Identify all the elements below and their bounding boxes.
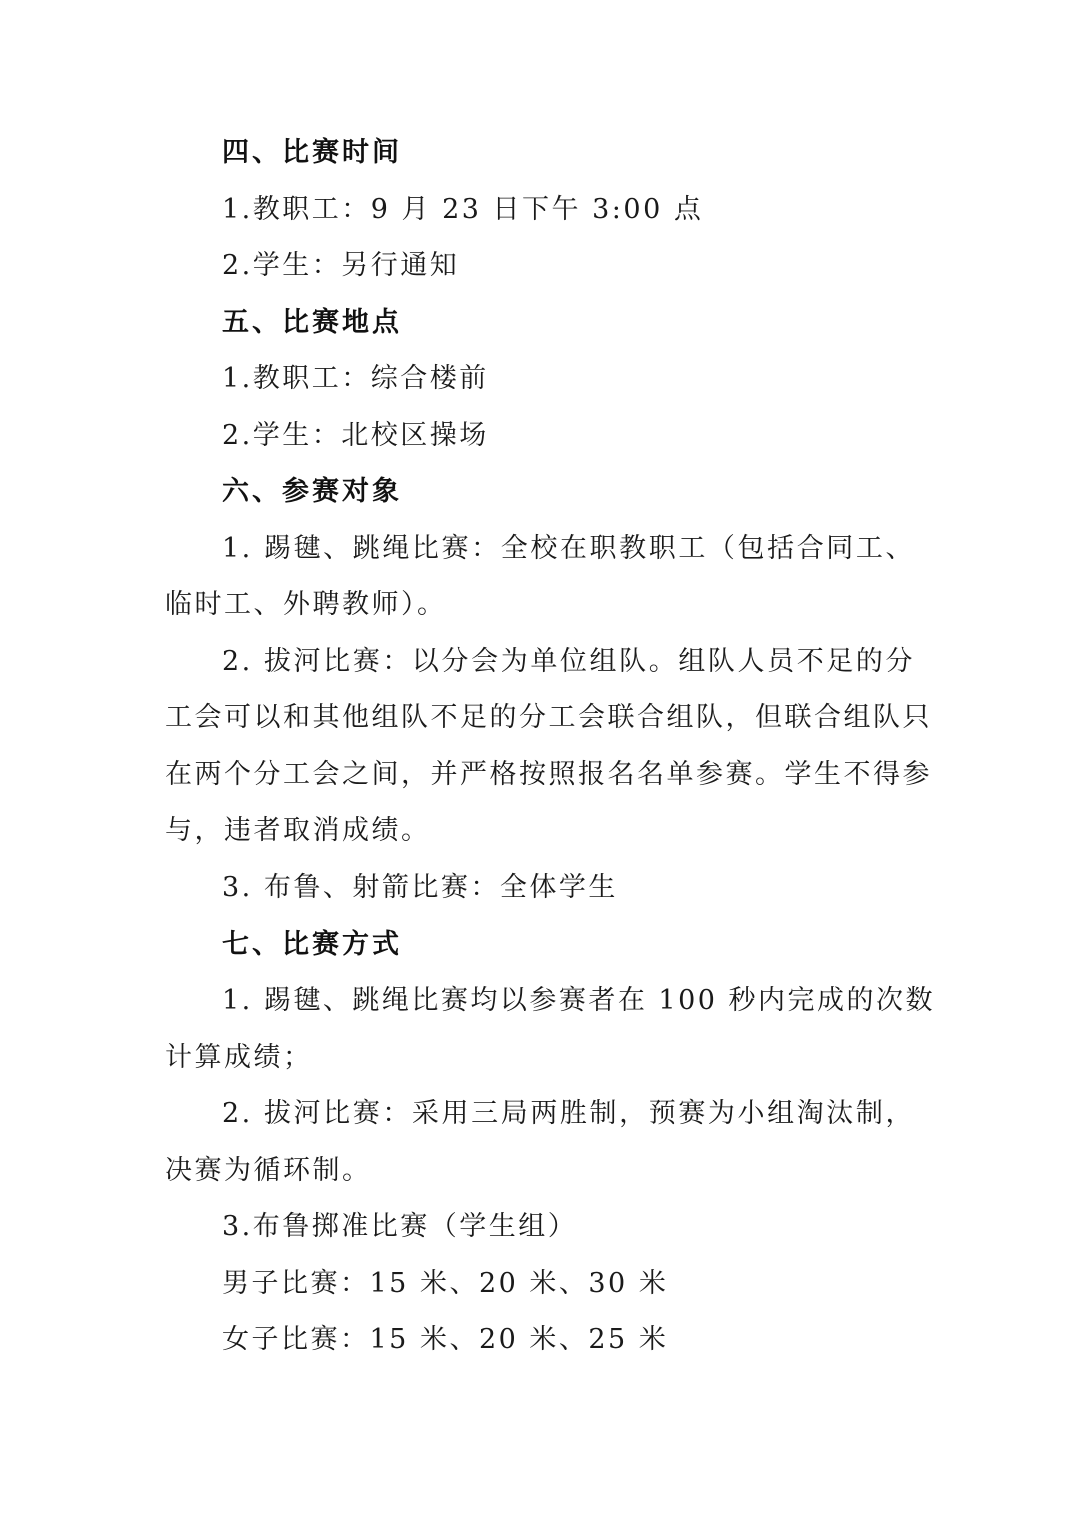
participants-item-2-line-2: 工会可以和其他组队不足的分工会联合组队，但联合组队只 xyxy=(165,701,915,735)
format-item-2-line-2: 决赛为循环制。 xyxy=(165,1154,925,1188)
participants-item-2-line-4: 与，违者取消成绩。 xyxy=(165,814,925,848)
section-heading-format: 七、比赛方式 xyxy=(222,928,982,962)
participants-item-1-line-2: 临时工、外聘教师）。 xyxy=(165,588,925,622)
format-item-men: 男子比赛：15 米、20 米、30 米 xyxy=(222,1267,982,1301)
document-page: 四、比赛时间 1.教职工：9 月 23 日下午 3:00 点 2.学生：另行通知… xyxy=(0,0,1080,1513)
format-item-women: 女子比赛：15 米、20 米、25 米 xyxy=(222,1323,982,1357)
participants-item-1-line-1: 1. 踢毽、跳绳比赛：全校在职教职工（包括合同工、 xyxy=(222,532,915,566)
format-item-3: 3.布鲁掷准比赛（学生组） xyxy=(222,1210,982,1244)
format-item-1-line-1: 1. 踢毽、跳绳比赛均以参赛者在 100 秒内完成的次数 xyxy=(222,984,915,1018)
time-item-staff: 1.教职工：9 月 23 日下午 3:00 点 xyxy=(222,193,982,227)
participants-item-2-line-1: 2. 拔河比赛：以分会为单位组队。组队人员不足的分 xyxy=(222,645,915,679)
section-heading-location: 五、比赛地点 xyxy=(222,306,982,340)
location-item-students: 2.学生：北校区操场 xyxy=(222,419,982,453)
format-item-1-line-2: 计算成绩； xyxy=(165,1041,925,1075)
participants-item-3: 3. 布鲁、射箭比赛：全体学生 xyxy=(222,871,982,905)
section-heading-participants: 六、参赛对象 xyxy=(222,475,982,509)
format-item-2-line-1: 2. 拔河比赛：采用三局两胜制，预赛为小组淘汰制， xyxy=(222,1097,915,1131)
location-item-staff: 1.教职工：综合楼前 xyxy=(222,362,982,396)
time-item-students: 2.学生：另行通知 xyxy=(222,249,982,283)
section-heading-time: 四、比赛时间 xyxy=(222,136,982,170)
participants-item-2-line-3: 在两个分工会之间，并严格按照报名名单参赛。学生不得参 xyxy=(165,758,915,792)
